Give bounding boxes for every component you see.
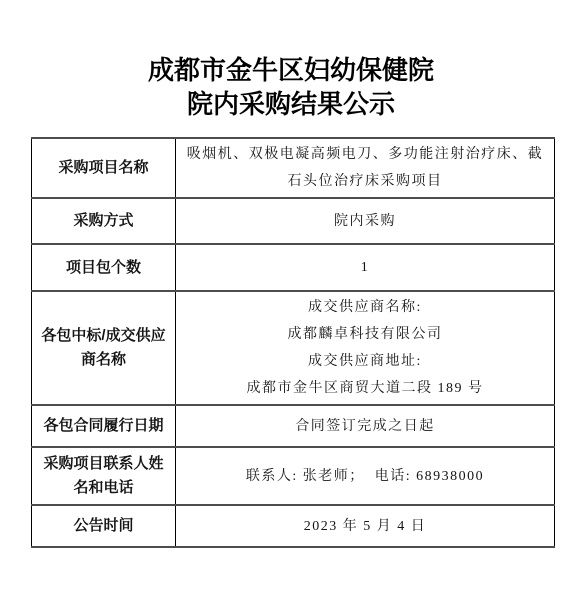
table-row-package-count: 项目包个数 1 (32, 244, 555, 291)
announcement-page: 成都市金牛区妇幼保健院 院内采购结果公示 采购项目名称 吸烟机、双极电凝高频电刀… (0, 54, 582, 548)
row-value: 合同签订完成之日起 (176, 405, 555, 447)
row-label: 各包中标/成交供应商名称 (32, 291, 176, 405)
page-title: 成都市金牛区妇幼保健院 院内采购结果公示 (0, 54, 582, 122)
table-row-project-name: 采购项目名称 吸烟机、双极电凝高频电刀、多功能注射治疗床、截 石头位治疗床采购项… (32, 138, 555, 198)
row-label: 采购方式 (32, 198, 176, 244)
row-label: 公告时间 (32, 505, 176, 547)
row-label: 项目包个数 (32, 244, 176, 291)
table-row-procurement-method: 采购方式 院内采购 (32, 198, 555, 244)
table-row-contract-date: 各包合同履行日期 合同签订完成之日起 (32, 405, 555, 447)
table-row-announcement-time: 公告时间 2023 年 5 月 4 日 (32, 505, 555, 547)
row-value: 吸烟机、双极电凝高频电刀、多功能注射治疗床、截 石头位治疗床采购项目 (176, 138, 555, 198)
page-title-line2: 院内采购结果公示 (0, 88, 582, 122)
row-value: 联系人: 张老师； 电话: 68938000 (176, 447, 555, 505)
procurement-result-table: 采购项目名称 吸烟机、双极电凝高频电刀、多功能注射治疗床、截 石头位治疗床采购项… (31, 137, 555, 548)
row-value: 2023 年 5 月 4 日 (176, 505, 555, 547)
page-title-line1: 成都市金牛区妇幼保健院 (0, 54, 582, 88)
table-row-supplier-info: 各包中标/成交供应商名称 成交供应商名称: 成都麟卓科技有限公司 成交供应商地址… (32, 291, 555, 405)
row-label: 采购项目名称 (32, 138, 176, 198)
row-value: 1 (176, 244, 555, 291)
row-value: 成交供应商名称: 成都麟卓科技有限公司 成交供应商地址: 成都市金牛区商贸大道二… (176, 291, 555, 405)
table-row-contact: 采购项目联系人姓名和电话 联系人: 张老师； 电话: 68938000 (32, 447, 555, 505)
row-label: 采购项目联系人姓名和电话 (32, 447, 176, 505)
row-label: 各包合同履行日期 (32, 405, 176, 447)
row-value: 院内采购 (176, 198, 555, 244)
